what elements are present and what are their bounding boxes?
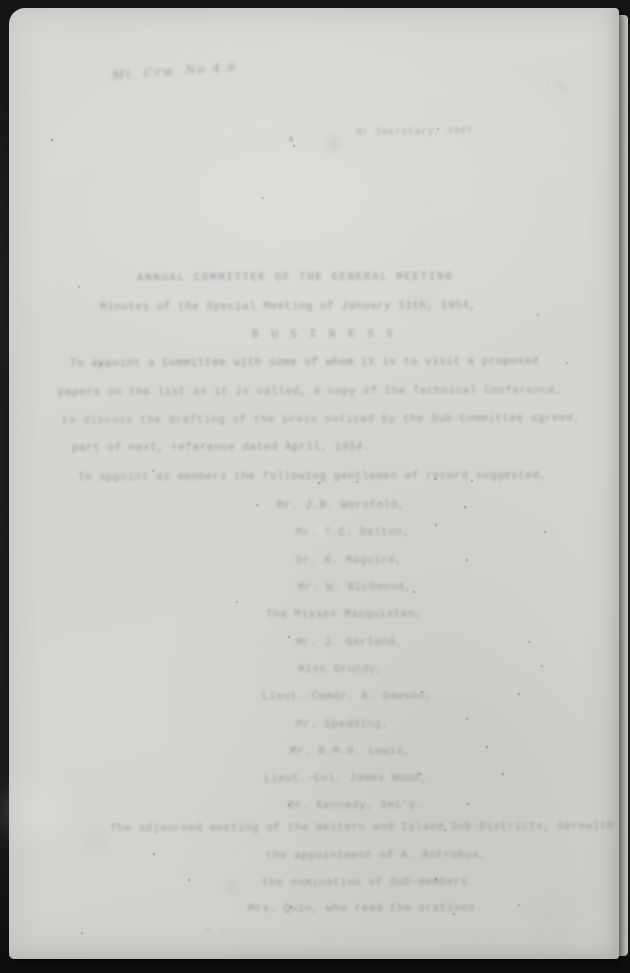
dust-speck (464, 506, 466, 508)
name-list-item: Miss Grundy, (298, 664, 383, 676)
pencil-annotation: Ml. Crw. No 4.6 (112, 60, 238, 83)
dust-speck (262, 197, 264, 199)
name-list-item: Mr. Spedding, (296, 719, 388, 731)
paper-stain (556, 80, 568, 92)
dust-speck (444, 829, 446, 831)
dust-speck (518, 693, 520, 695)
dust-speck (528, 641, 530, 643)
dust-speck (81, 932, 83, 934)
dust-speck (413, 591, 415, 593)
dust-speck (419, 773, 421, 775)
scanned-document-photo: Ml. Crw. No 4.64Mr Secretary, 1947· ·ANN… (0, 0, 630, 973)
paragraph-line: papers on the list as it is called, a co… (58, 385, 562, 399)
dust-speck (396, 959, 398, 961)
dust-speck (466, 718, 468, 720)
dust-speck (453, 913, 455, 915)
dust-speck (256, 504, 258, 506)
name-list-item: The Misses Macquisten, (266, 609, 422, 622)
faint-fragment: Mr Secretary, 1947 (356, 126, 473, 139)
paragraph-line: The adjourned meeting of the Western and… (110, 821, 614, 835)
dust-speck (466, 559, 468, 561)
dust-speck (100, 363, 102, 365)
name-list-item: Mr. W. Richmond, (298, 582, 412, 594)
paragraph-line: the appointment of A. Antrobus, (266, 850, 486, 863)
faint-mark: — · (205, 924, 226, 936)
paper-stain (310, 520, 330, 540)
name-list-item: Dr. Kennedy, Sec'y. (288, 800, 423, 813)
paper-stain (327, 136, 341, 150)
dust-speck (78, 286, 80, 288)
name-list-item: Lieut.-Comdr. A. Dawson, (262, 691, 432, 704)
paper-stain (408, 290, 432, 314)
dust-speck (541, 665, 543, 667)
paragraph-line: part of next, reference dated April, 195… (72, 441, 370, 454)
paragraph-line: To appoint a Committee with some of whom… (70, 356, 539, 370)
paper-stain (226, 880, 238, 892)
dust-speck (467, 803, 469, 805)
name-list-item: Mr. J.B. Worsfold, (277, 500, 405, 513)
dust-speck (188, 879, 190, 881)
agenda-heading: B U S I N E S S (252, 329, 396, 342)
paragraph-line: Mrs. Quin, who read the orations. (248, 902, 482, 915)
name-list-item: Lieut.-Col. James Wood, (264, 773, 427, 786)
name-list-item: Mr. J. Garland, (296, 637, 403, 649)
heading-line: ANNUAL COMMITTEE OF THE GENERAL MEETING (137, 271, 453, 284)
dust-speck (566, 362, 568, 364)
dust-speck (518, 904, 520, 906)
dust-speck (502, 773, 504, 775)
dust-speck (435, 524, 437, 526)
paragraph-line: To appoint as members the following gent… (78, 470, 547, 484)
paper-stain (16, 790, 60, 834)
dust-speck (537, 314, 539, 316)
faint-mark: 4 (288, 135, 294, 145)
paper-stain (530, 891, 578, 939)
dust-speck (153, 853, 155, 855)
dust-speck (288, 636, 290, 638)
scan-content-layer: Ml. Crw. No 4.64Mr Secretary, 1947· ·ANN… (0, 0, 630, 973)
dust-speck (471, 480, 473, 482)
dust-speck (293, 145, 295, 147)
name-list-item: Mr. R.M.H. Lewis, (290, 746, 411, 759)
dust-speck (434, 478, 436, 480)
paper-stain (87, 833, 105, 851)
dust-speck (356, 481, 358, 483)
dust-speck (290, 906, 292, 908)
name-list-item: Dr. R. Maguire, (296, 555, 403, 567)
paragraph-line: to discuss the drafting of the press not… (62, 413, 580, 427)
dust-speck (51, 139, 53, 141)
dust-speck (318, 482, 320, 484)
dust-speck (544, 531, 546, 533)
dust-speck (236, 601, 238, 603)
dust-speck (421, 691, 423, 693)
dust-speck (486, 746, 488, 748)
dust-speck (152, 470, 154, 472)
dust-speck (435, 878, 437, 880)
dust-speck (288, 804, 290, 806)
paragraph-line: the nomination of Sub-members. (262, 877, 475, 890)
dust-speck (437, 128, 439, 130)
